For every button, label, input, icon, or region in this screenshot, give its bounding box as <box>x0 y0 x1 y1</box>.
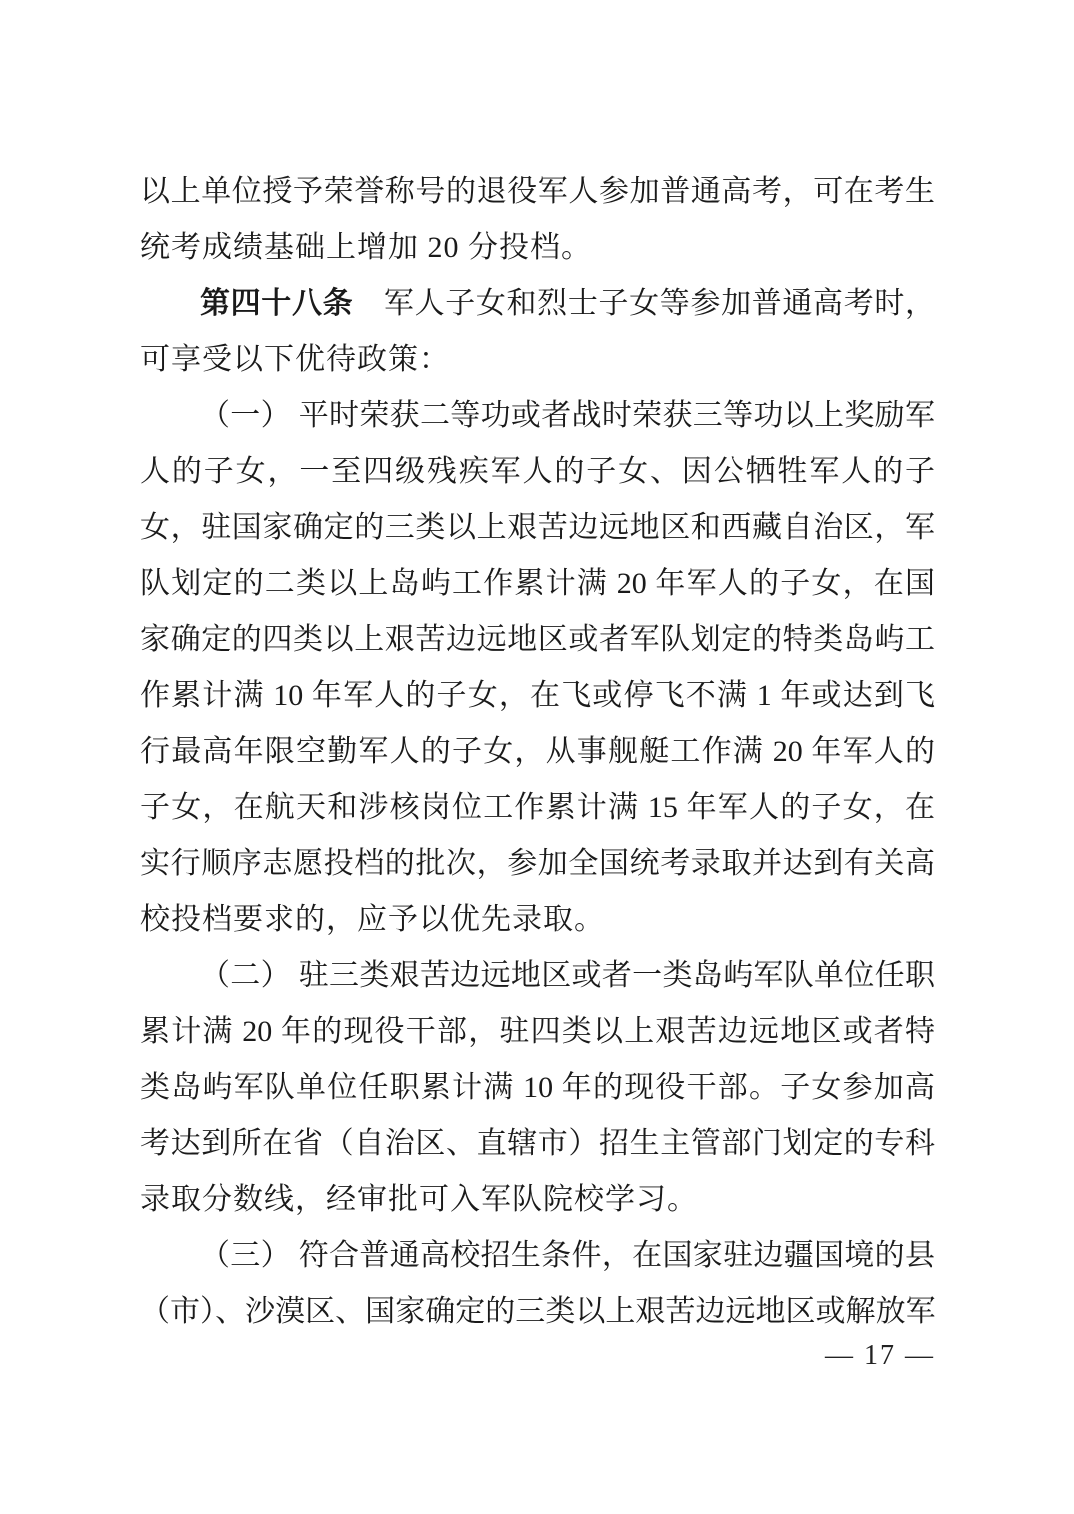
document-page: 以上单位授予荣誉称号的退役军人参加普通高考，可在考生 统考成绩基础上增加 20 … <box>0 0 1074 1514</box>
text-line: 统考成绩基础上增加 20 分投档。 <box>140 220 935 276</box>
page-number: — 17 — <box>825 1336 935 1376</box>
text-line: 以上单位授予荣誉称号的退役军人参加普通高考，可在考生 <box>140 164 935 220</box>
text-line: 家确定的四类以上艰苦边远地区或者军队划定的特类岛屿工 <box>140 612 935 668</box>
article-number: 第四十八条 <box>200 287 353 320</box>
text-line-item-1: （一） 平时荣获二等功或者战时荣获三等功以上奖励军 <box>140 388 935 444</box>
text-line: 校投档要求的，应予以优先录取。 <box>140 892 935 948</box>
text-line: 作累计满 10 年军人的子女，在飞或停飞不满 1 年或达到飞 <box>140 668 935 724</box>
text-line: 队划定的二类以上岛屿工作累计满 20 年军人的子女，在国 <box>140 556 935 612</box>
text-line: 实行顺序志愿投档的批次，参加全国统考录取并达到有关高 <box>140 836 935 892</box>
text-line-article-48: 第四十八条 军人子女和烈士子女等参加普通高考时， <box>140 276 935 332</box>
text-line: 女，驻国家确定的三类以上艰苦边远地区和西藏自治区，军 <box>140 500 935 556</box>
text-line: （市）、沙漠区、国家确定的三类以上艰苦边远地区或解放军 <box>140 1284 935 1340</box>
text-line: 考达到所在省（自治区、直辖市）招生主管部门划定的专科 <box>140 1116 935 1172</box>
text-line: 录取分数线，经审批可入军队院校学习。 <box>140 1172 935 1228</box>
text-line-item-3: （三） 符合普通高校招生条件，在国家驻边疆国境的县 <box>140 1228 935 1284</box>
text-line: 累计满 20 年的现役干部，驻四类以上艰苦边远地区或者特 <box>140 1004 935 1060</box>
text-line-item-2: （二） 驻三类艰苦边远地区或者一类岛屿军队单位任职 <box>140 948 935 1004</box>
text-line: 行最高年限空勤军人的子女，从事舰艇工作满 20 年军人的 <box>140 724 935 780</box>
text-line: 可享受以下优待政策： <box>140 332 935 388</box>
document-body: 以上单位授予荣誉称号的退役军人参加普通高考，可在考生 统考成绩基础上增加 20 … <box>140 164 935 1340</box>
text-line: 人的子女，一至四级残疾军人的子女、因公牺牲军人的子 <box>140 444 935 500</box>
text-line: 子女，在航天和涉核岗位工作累计满 15 年军人的子女，在 <box>140 780 935 836</box>
article-heading-rest: 军人子女和烈士子女等参加普通高考时， <box>353 287 935 320</box>
text-line: 类岛屿军队单位任职累计满 10 年的现役干部。子女参加高 <box>140 1060 935 1116</box>
